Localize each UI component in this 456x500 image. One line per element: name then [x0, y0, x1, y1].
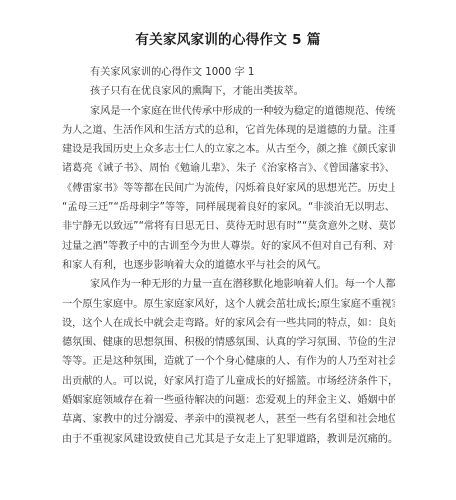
document-body: 有关家风家训的心得作文 1000 字 1孩子只有在优良家风的熏陶下，才能出类拔萃…	[62, 63, 395, 449]
text-line: 一个原生家庭中。原生家庭家风好，这个人就会茁壮成长;原生家庭不重视家风建	[62, 295, 395, 314]
text-line: 诸葛亮《诫子书》、周怡《勉谕儿辈》、朱子《治家格言》、《曾国藩家书》、	[62, 159, 395, 178]
text-line: 过量之酒”等教子中的古训至今为世人尊崇。好的家风不但对自己有利、对子女	[62, 237, 395, 256]
text-line: 和家人有利，也逐步影响着大众的道德水平与社会的风气。	[62, 256, 395, 275]
text-line: 家风作为一种无形的力量一直在潜移默化地影响着人们。每一个人都生活在	[62, 275, 395, 294]
text-line: “孟母三迁”“岳母刺字”等等，同样展现着良好的家风。“非淡泊无以明志、	[62, 198, 395, 217]
text-line: 德氛围、健康的思想氛围、积极的情感氛围、认真的学习氛围、节俭的生活氛围	[62, 333, 395, 352]
text-line: 婚姻家庭领域存在着一些亟待解决的问题：恋爱观上的拜金主义、婚姻中的草结	[62, 391, 395, 410]
text-line: 有关家风家训的心得作文 1000 字 1	[62, 63, 395, 82]
text-line: 由于不重视家风建设致使自己尤其是子女走上了犯罪道路，教训是沉痛的。它从	[62, 430, 395, 449]
text-line: 孩子只有在优良家风的熏陶下，才能出类拔萃。	[62, 82, 395, 101]
text-line: 等等。正是这种氛围，造就了一个个身心健康的人、有作为的人乃至对社会有突	[62, 352, 395, 371]
document-title: 有关家风家训的心得作文 5 篇	[0, 31, 456, 49]
text-line: 家风是一个家庭在世代传承中形成的一种较为稳定的道德规范、传统习惯、	[62, 102, 395, 121]
text-line: 出贡献的人。可以说，好家风打造了儿童成长的好摇篮。市场经济条件下，我国	[62, 372, 395, 391]
text-line: 建设是我国历史上众多志士仁人的立家之本。从古至今，颜之推《颜氏家训》、	[62, 140, 395, 159]
text-line: 为人之道、生活作风和生活方式的总和，它首先体现的是道德的力量。注重家风	[62, 121, 395, 140]
text-line: 《傅雷家书》等等都在民间广为流传，闪烁着良好家风的思想光芒。历史上的	[62, 179, 395, 198]
text-line: 非宁静无以致远”“常将有日思无日、莫待无时思有时”“莫贪意外之财、莫饮	[62, 217, 395, 236]
text-line: 设，这个人在成长中就会走弯路。好的家风会有一些共同的特点，如：良好的道	[62, 314, 395, 333]
text-line: 草离、家教中的过分溺爱、孝亲中的漠视老人，甚至一些有名望和社会地位的人	[62, 410, 395, 429]
document-page: 有关家风家训的心得作文 5 篇 有关家风家训的心得作文 1000 字 1孩子只有…	[0, 0, 456, 500]
